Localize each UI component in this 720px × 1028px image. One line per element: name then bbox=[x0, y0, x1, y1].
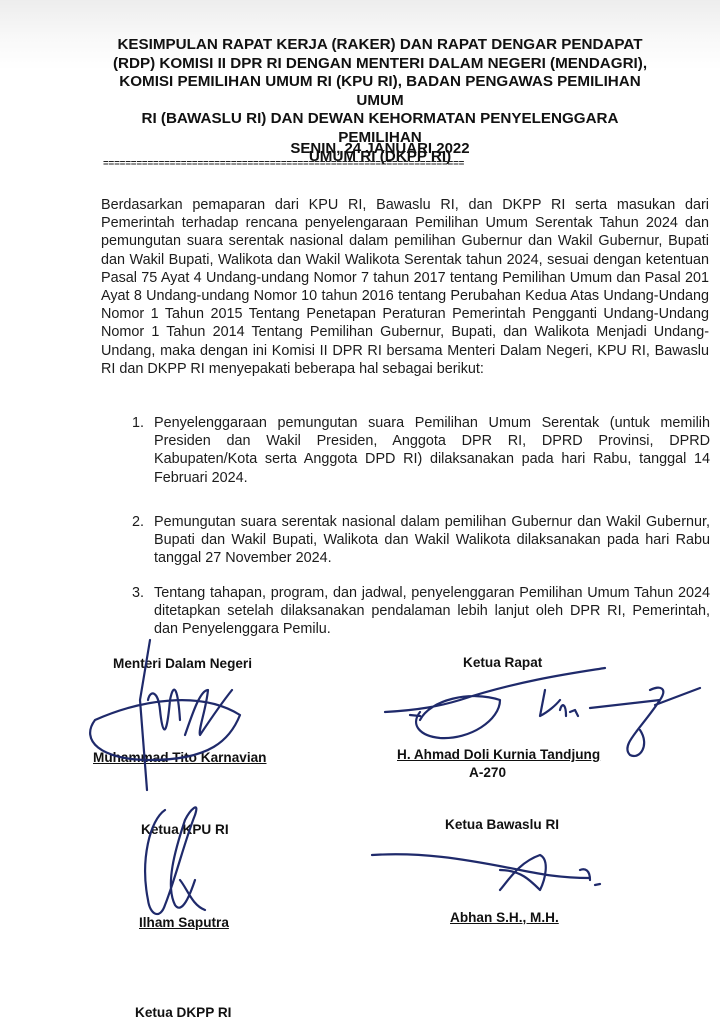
signature-bawaslu bbox=[372, 854, 600, 890]
agreement-list: 3. Tentang tahapan, program, dan jadwal,… bbox=[126, 584, 710, 639]
signatory-role-mendagri: Menteri Dalam Negeri bbox=[113, 656, 252, 671]
signatory-name-bawaslu: Abhan S.H., M.H. bbox=[450, 910, 559, 925]
item-text: Pemungutan suara serentak nasional dalam… bbox=[154, 514, 710, 566]
intro-paragraph: Berdasarkan pemaparan dari KPU RI, Bawas… bbox=[101, 196, 709, 378]
item-number: 2. bbox=[132, 513, 144, 531]
signatory-number-ketua-rapat: A-270 bbox=[469, 765, 506, 780]
signatory-role-ketua-rapat: Ketua Rapat bbox=[463, 655, 542, 670]
signature-ketua-rapat bbox=[385, 668, 700, 756]
signatory-name-kpu: Ilham Saputra bbox=[139, 915, 229, 930]
meeting-date: SENIN, 24 JANUARI 2022 bbox=[100, 140, 660, 157]
agreement-item: 1. Penyelenggaraan pemungutan suara Pemi… bbox=[126, 414, 710, 487]
separator-line: ========================================… bbox=[103, 158, 658, 169]
agreement-list: 2. Pemungutan suara serentak nasional da… bbox=[126, 513, 710, 568]
item-number: 1. bbox=[132, 414, 144, 432]
agreement-item: 2. Pemungutan suara serentak nasional da… bbox=[126, 513, 710, 568]
signatory-name-mendagri: Muhammad Tito Karnavian bbox=[93, 750, 266, 765]
signatory-role-kpu: Ketua KPU RI bbox=[141, 822, 229, 837]
signatory-role-dkpp: Ketua DKPP RI bbox=[135, 1005, 231, 1020]
agreement-item: 3. Tentang tahapan, program, dan jadwal,… bbox=[126, 584, 710, 639]
agreement-list: 1. Penyelenggaraan pemungutan suara Pemi… bbox=[126, 414, 710, 487]
signatory-role-bawaslu: Ketua Bawaslu RI bbox=[445, 817, 559, 832]
item-number: 3. bbox=[132, 584, 144, 602]
item-text: Tentang tahapan, program, dan jadwal, pe… bbox=[154, 585, 710, 637]
item-text: Penyelenggaraan pemungutan suara Pemilih… bbox=[154, 415, 710, 486]
signatory-name-ketua-rapat: H. Ahmad Doli Kurnia Tandjung bbox=[397, 747, 600, 762]
